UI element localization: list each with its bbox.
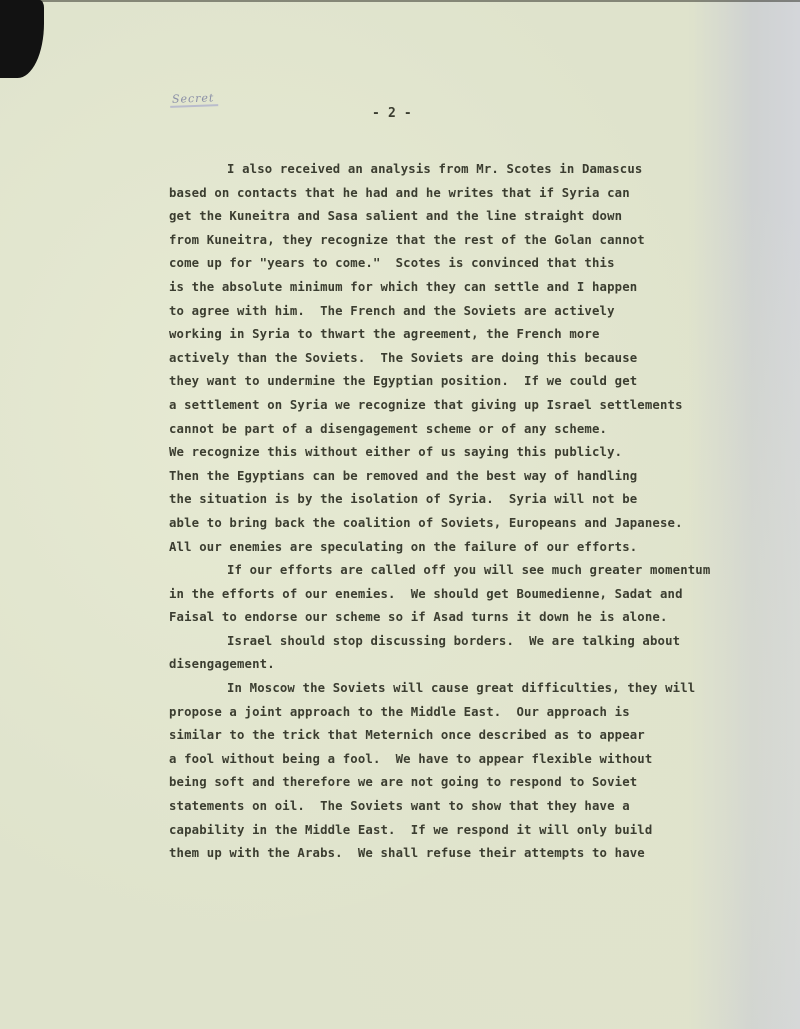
text-line: In Moscow the Soviets will cause great d… — [169, 677, 739, 701]
text-line: able to bring back the coalition of Sovi… — [169, 512, 739, 536]
text-line: to agree with him. The French and the So… — [169, 300, 739, 324]
text-line: in the efforts of our enemies. We should… — [169, 583, 739, 607]
text-line: based on contacts that he had and he wri… — [169, 182, 739, 206]
text-line: is the absolute minimum for which they c… — [169, 276, 739, 300]
text-line: Then the Egyptians can be removed and th… — [169, 465, 739, 489]
text-line: the situation is by the isolation of Syr… — [169, 488, 739, 512]
text-line: Israel should stop discussing borders. W… — [169, 630, 739, 654]
text-line: a settlement on Syria we recognize that … — [169, 394, 739, 418]
text-line: being soft and therefore we are not goin… — [169, 771, 739, 795]
text-line: statements on oil. The Soviets want to s… — [169, 795, 739, 819]
document-body: I also received an analysis from Mr. Sco… — [169, 158, 739, 866]
text-line: cannot be part of a disengagement scheme… — [169, 418, 739, 442]
text-line: actively than the Soviets. The Soviets a… — [169, 347, 739, 371]
text-line: capability in the Middle East. If we res… — [169, 819, 739, 843]
text-line: similar to the trick that Meternich once… — [169, 724, 739, 748]
document-page: Secret - 2 - I also received an analysis… — [0, 0, 800, 1029]
text-line: a fool without being a fool. We have to … — [169, 748, 739, 772]
text-line: Faisal to endorse our scheme so if Asad … — [169, 606, 739, 630]
text-line: they want to undermine the Egyptian posi… — [169, 370, 739, 394]
text-line: propose a joint approach to the Middle E… — [169, 701, 739, 725]
text-line: from Kuneitra, they recognize that the r… — [169, 229, 739, 253]
text-line: come up for "years to come." Scotes is c… — [169, 252, 739, 276]
text-line: working in Syria to thwart the agreement… — [169, 323, 739, 347]
text-line: If our efforts are called off you will s… — [169, 559, 739, 583]
page-number: - 2 - — [372, 106, 412, 121]
classification-stamp: Secret — [170, 91, 219, 108]
text-line: disengagement. — [169, 653, 739, 677]
text-line: All our enemies are speculating on the f… — [169, 536, 739, 560]
text-line: I also received an analysis from Mr. Sco… — [169, 158, 739, 182]
text-line: them up with the Arabs. We shall refuse … — [169, 842, 739, 866]
text-line: get the Kuneitra and Sasa salient and th… — [169, 205, 739, 229]
text-line: We recognize this without either of us s… — [169, 441, 739, 465]
